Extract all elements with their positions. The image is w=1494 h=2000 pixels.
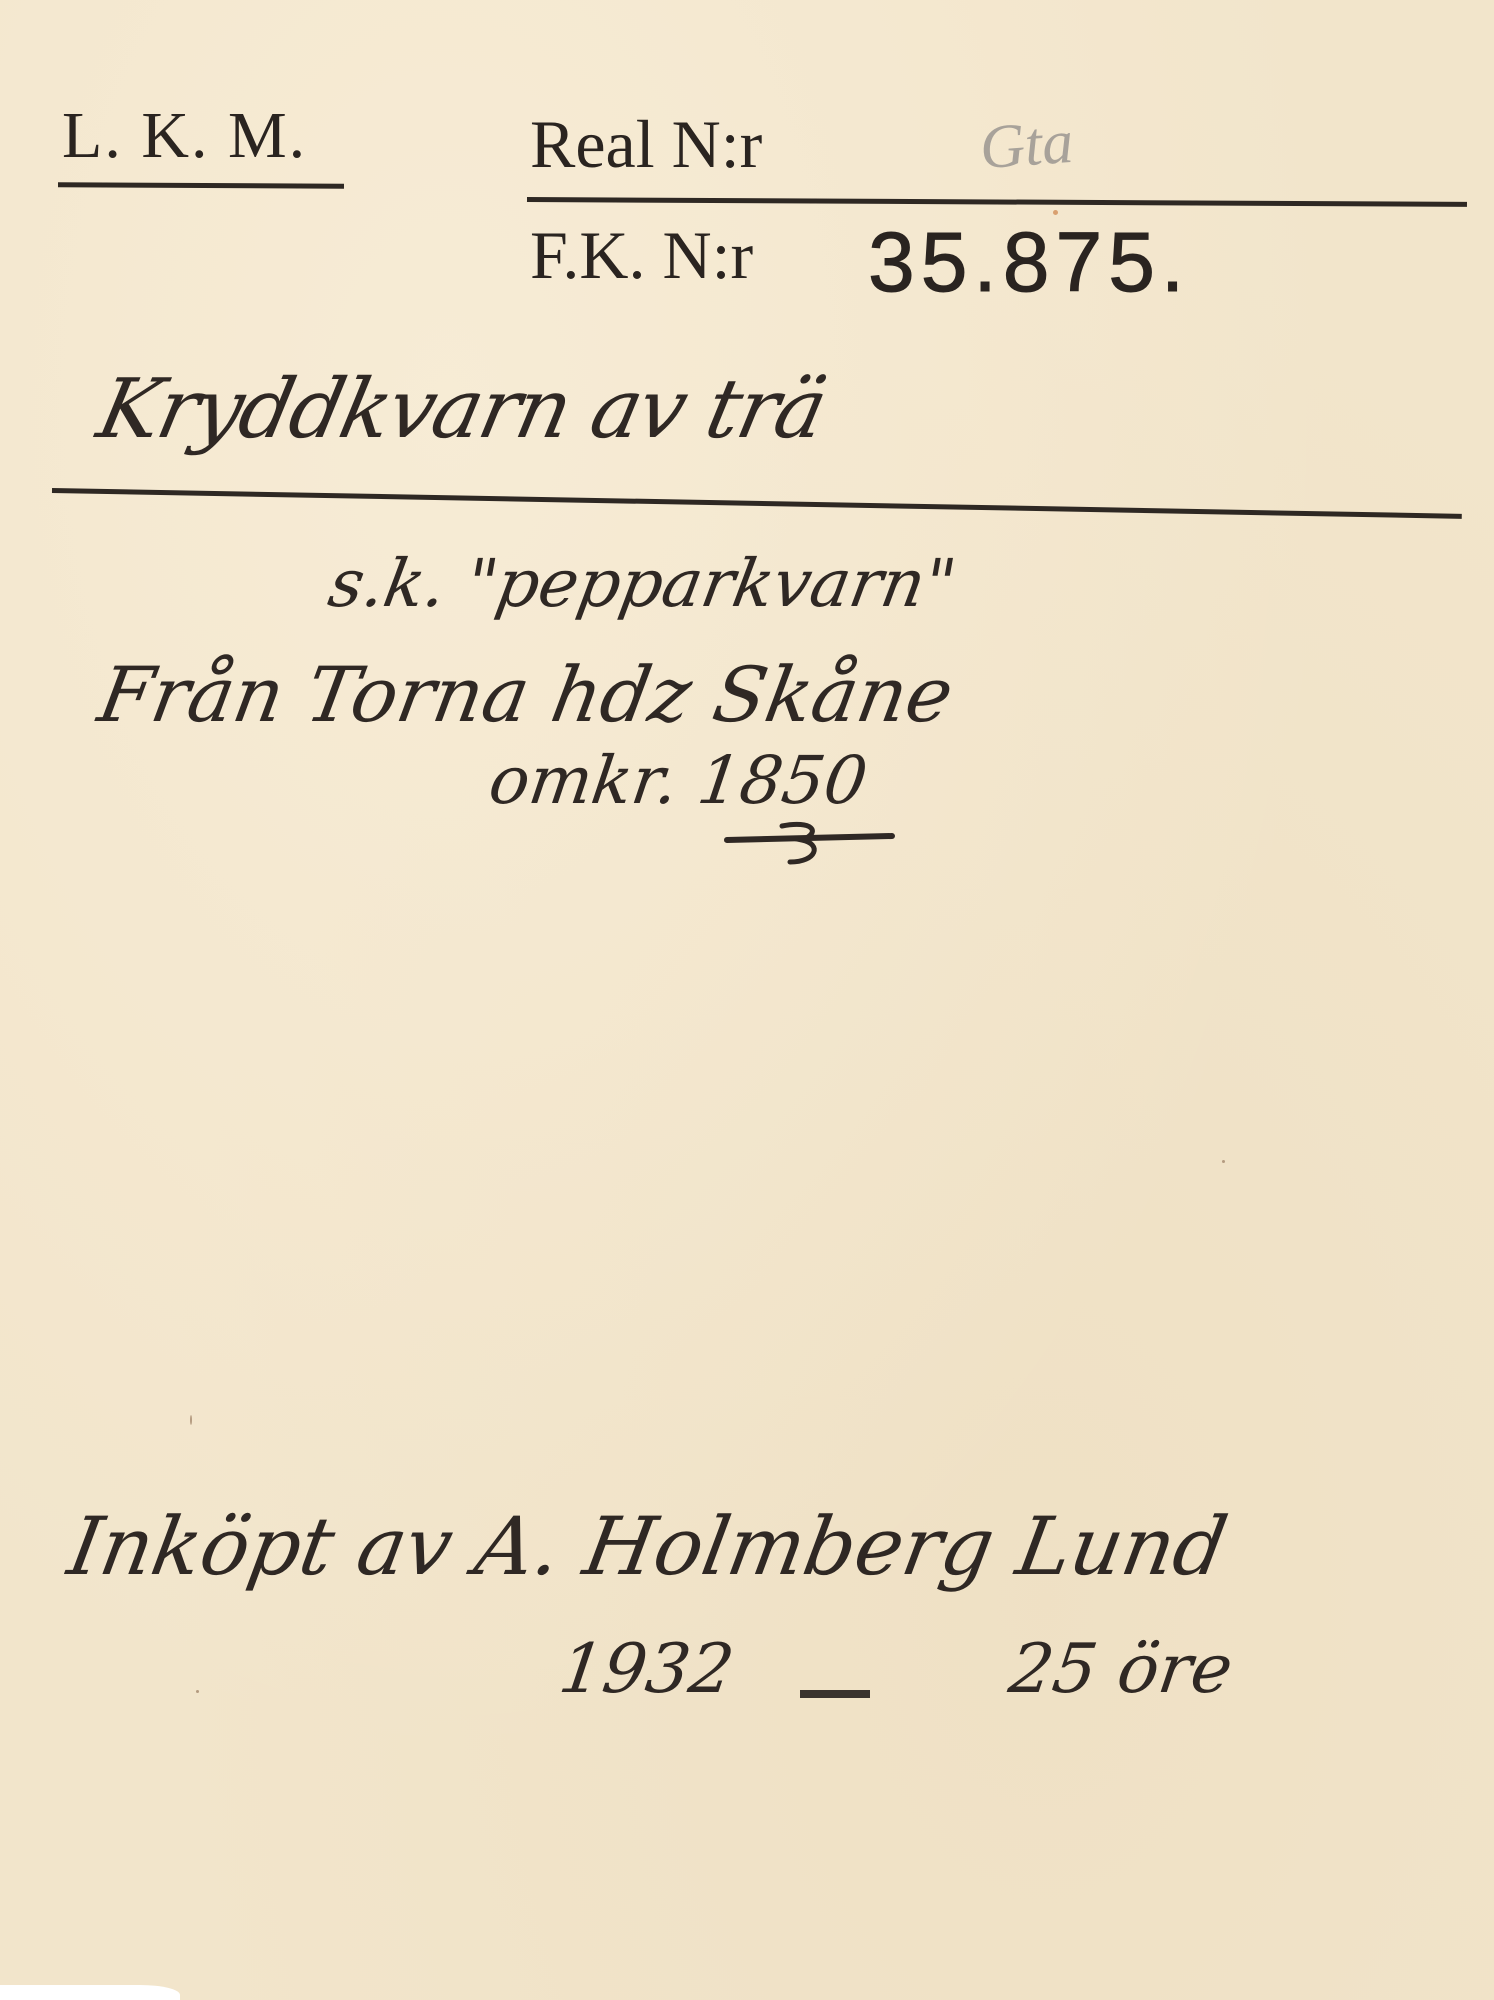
fk-number-label: F.K. N:r [530, 216, 753, 295]
object-dating: omkr. 1850 [485, 742, 872, 819]
object-name: Kryddkvarn av trä [90, 362, 833, 457]
torn-edge [0, 1985, 180, 2000]
acquisition-dash [800, 1690, 870, 1698]
institution-label: L. K. M. [62, 98, 307, 174]
acquisition-price: 25 öre [1004, 1630, 1237, 1709]
real-number-label: Real N:r [530, 105, 762, 184]
catalog-card [0, 0, 1494, 2000]
acquisition-note: Inköpt av A. Holmberg Lund [62, 1500, 1234, 1593]
fk-number-value: 35.875. [868, 214, 1190, 311]
object-alias: s.k. "pepparkvarn" [323, 545, 961, 622]
paper-speck [196, 1690, 199, 1693]
flourish-mark [722, 818, 902, 866]
paper-speck [1053, 210, 1058, 215]
acquisition-year: 1932 [554, 1630, 738, 1709]
paper-speck [190, 1415, 192, 1425]
real-number-value: Gta [978, 107, 1076, 184]
paper-speck [1222, 1160, 1225, 1163]
object-origin: Från Torna hdz Skåne [92, 650, 960, 739]
